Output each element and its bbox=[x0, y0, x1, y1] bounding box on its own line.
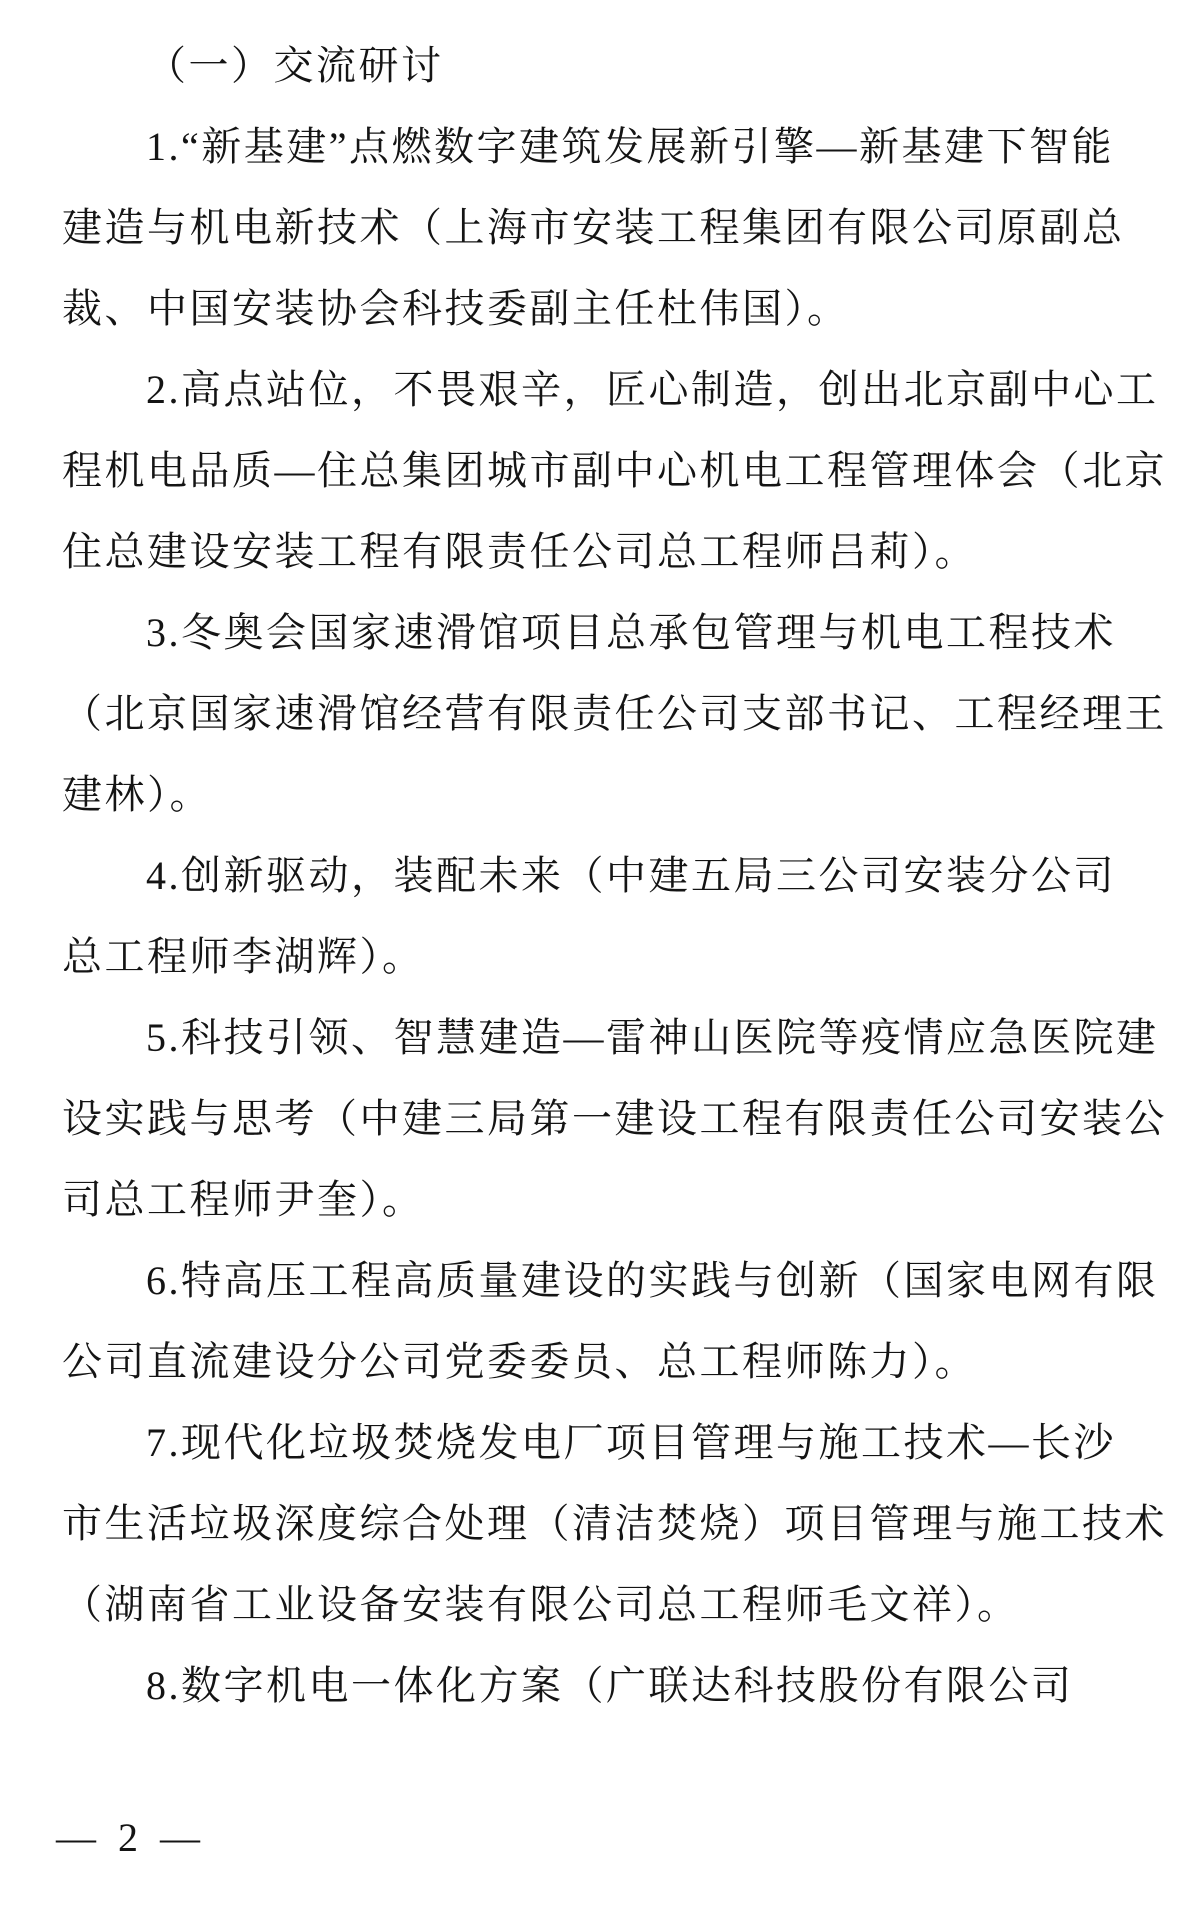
text-line: 1.“新基建”点燃数字建筑发展新引擎—新基建下智能 bbox=[62, 106, 1162, 187]
list-item-2: 2.高点站位，不畏艰辛，匠心制造，创出北京副中心工程机电品质—住总集团城市副中心… bbox=[62, 349, 1162, 592]
page-number: — 2 — bbox=[56, 1797, 206, 1878]
text-line: 设实践与思考（中建三局第一建设工程有限责任公司安装公 bbox=[62, 1078, 1162, 1159]
text-line: 公司直流建设分公司党委委员、总工程师陈力）。 bbox=[62, 1321, 1162, 1402]
text-line: 市生活垃圾深度综合处理（清洁焚烧）项目管理与施工技术 bbox=[62, 1483, 1162, 1564]
text-line: 程机电品质—住总集团城市副中心机电工程管理体会（北京 bbox=[62, 430, 1162, 511]
list-item-4: 4.创新驱动，装配未来（中建五局三公司安装分公司总工程师李湖辉）。 bbox=[62, 835, 1162, 997]
list-item-5: 5.科技引领、智慧建造—雷神山医院等疫情应急医院建设实践与思考（中建三局第一建设… bbox=[62, 997, 1162, 1240]
text-line: 裁、中国安装协会科技委副主任杜伟国）。 bbox=[62, 268, 1162, 349]
list-item-6: 6.特高压工程高质量建设的实践与创新（国家电网有限公司直流建设分公司党委委员、总… bbox=[62, 1240, 1162, 1402]
document-page: { "page": { "background_color": "#ffffff… bbox=[0, 0, 1200, 1924]
text-line: 建造与机电新技术（上海市安装工程集团有限公司原副总 bbox=[62, 187, 1162, 268]
page-background: （一）交流研讨1.“新基建”点燃数字建筑发展新引擎—新基建下智能建造与机电新技术… bbox=[0, 0, 1200, 1924]
section-heading: （一）交流研讨 bbox=[62, 25, 1162, 106]
text-line: 住总建设安装工程有限责任公司总工程师吕莉）。 bbox=[62, 511, 1162, 592]
text-line: 司总工程师尹奎）。 bbox=[62, 1159, 1162, 1240]
text-line: 3.冬奥会国家速滑馆项目总承包管理与机电工程技术 bbox=[62, 592, 1162, 673]
text-line: 8.数字机电一体化方案（广联达科技股份有限公司 bbox=[62, 1645, 1162, 1726]
text-line: 7.现代化垃圾焚烧发电厂项目管理与施工技术—长沙 bbox=[62, 1402, 1162, 1483]
list-item-8: 8.数字机电一体化方案（广联达科技股份有限公司 bbox=[62, 1645, 1162, 1726]
text-line: 6.特高压工程高质量建设的实践与创新（国家电网有限 bbox=[62, 1240, 1162, 1321]
text-line: 2.高点站位，不畏艰辛，匠心制造，创出北京副中心工 bbox=[62, 349, 1162, 430]
text-line: 总工程师李湖辉）。 bbox=[62, 916, 1162, 997]
text-line: （湖南省工业设备安装有限公司总工程师毛文祥）。 bbox=[62, 1564, 1162, 1645]
text-line: （一）交流研讨 bbox=[62, 25, 1162, 106]
text-line: 建林）。 bbox=[62, 754, 1162, 835]
text-line: （北京国家速滑馆经营有限责任公司支部书记、工程经理王 bbox=[62, 673, 1162, 754]
list-item-7: 7.现代化垃圾焚烧发电厂项目管理与施工技术—长沙市生活垃圾深度综合处理（清洁焚烧… bbox=[62, 1402, 1162, 1645]
list-item-3: 3.冬奥会国家速滑馆项目总承包管理与机电工程技术（北京国家速滑馆经营有限责任公司… bbox=[62, 592, 1162, 835]
document-body: （一）交流研讨1.“新基建”点燃数字建筑发展新引擎—新基建下智能建造与机电新技术… bbox=[62, 25, 1162, 1726]
list-item-1: 1.“新基建”点燃数字建筑发展新引擎—新基建下智能建造与机电新技术（上海市安装工… bbox=[62, 106, 1162, 349]
text-line: 4.创新驱动，装配未来（中建五局三公司安装分公司 bbox=[62, 835, 1162, 916]
text-line: 5.科技引领、智慧建造—雷神山医院等疫情应急医院建 bbox=[62, 997, 1162, 1078]
